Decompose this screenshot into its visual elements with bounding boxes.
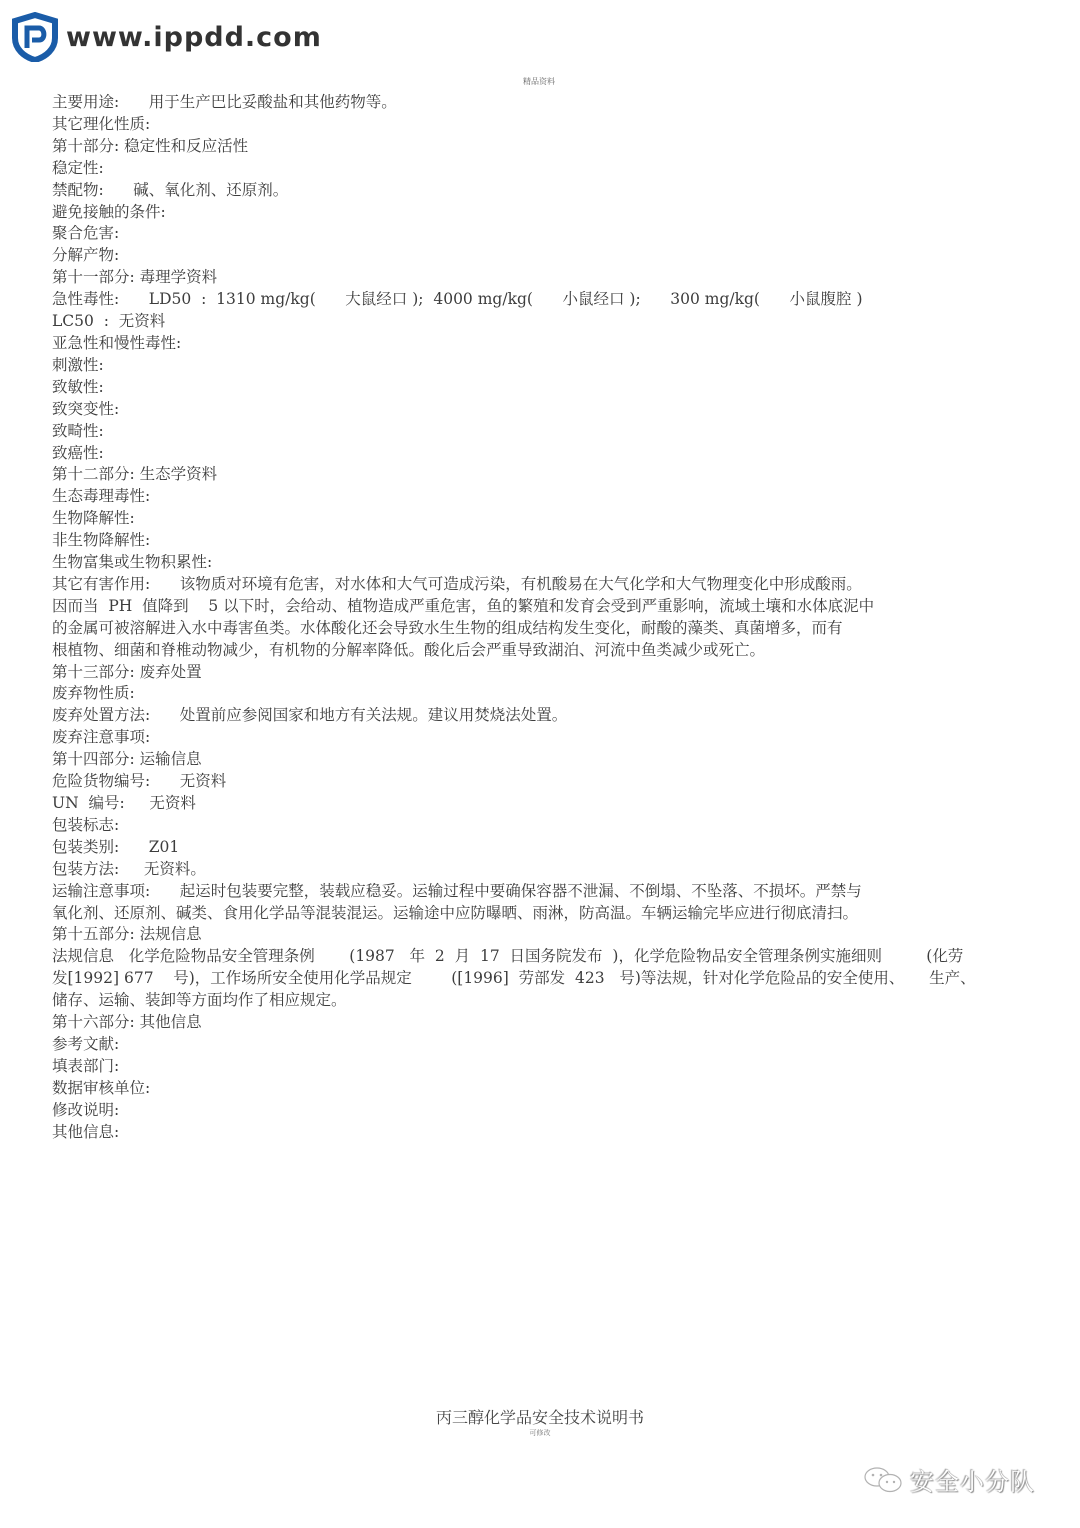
doc-line: 生物降解性: xyxy=(52,508,1042,530)
doc-line: 运输注意事项: 起运时包装要完整，装载应稳妥。运输过程中要确保容器不泄漏、不倒塌… xyxy=(52,881,1042,903)
section-heading: 第十四部分: 运输信息 xyxy=(52,749,1042,771)
section-heading: 第十一部分: 毒理学资料 xyxy=(52,267,1042,289)
doc-line: 致敏性: xyxy=(52,377,1042,399)
shield-p-icon xyxy=(10,12,60,62)
doc-line: 禁配物: 碱、氧化剂、还原剂。 xyxy=(52,180,1042,202)
section-heading: 第十三部分: 废弃处置 xyxy=(52,662,1042,684)
site-logo[interactable]: www.ippdd.com xyxy=(10,12,322,62)
document-subtitle: 可修改 xyxy=(0,1428,1080,1438)
doc-line: 其他信息: xyxy=(52,1122,1042,1144)
doc-line: 急性毒性: LD50 : 1310 mg/kg( 大鼠经口 ); 4000 mg… xyxy=(52,289,1042,311)
doc-line: 亚急性和慢性毒性: xyxy=(52,333,1042,355)
doc-line: 的金属可被溶解进入水中毒害鱼类。水体酸化还会导致水生生物的组成结构发生变化，耐酸… xyxy=(52,618,1042,640)
watermark: 安全小分队 xyxy=(862,1462,1035,1497)
doc-line: 刺激性: xyxy=(52,355,1042,377)
doc-line: 储存、运输、装卸等方面均作了相应规定。 xyxy=(52,990,1042,1012)
doc-line: 致突变性: xyxy=(52,399,1042,421)
document-title: 丙三醇化学品安全技术说明书 xyxy=(0,1405,1080,1428)
doc-line: 包装类别: Z01 xyxy=(52,837,1042,859)
doc-line: 氧化剂、还原剂、碱类、食用化学品等混装混运。运输途中应防曝晒、雨淋，防高温。车辆… xyxy=(52,903,1042,925)
doc-line: 包装标志: xyxy=(52,815,1042,837)
site-url: www.ippdd.com xyxy=(66,22,322,53)
doc-line: 根植物、细菌和脊椎动物减少，有机物的分解率降低。酸化后会严重导致湖泊、河流中鱼类… xyxy=(52,640,1042,662)
document-body: 主要用途: 用于生产巴比妥酸盐和其他药物等。 其它理化性质: 第十部分: 稳定性… xyxy=(52,92,1042,1144)
doc-line: 数据审核单位: xyxy=(52,1078,1042,1100)
doc-line: 致畸性: xyxy=(52,421,1042,443)
doc-line: 废弃处置方法: 处置前应参阅国家和地方有关法规。建议用焚烧法处置。 xyxy=(52,705,1042,727)
doc-line: 非生物降解性: xyxy=(52,530,1042,552)
doc-line: 致癌性: xyxy=(52,443,1042,465)
watermark-text: 安全小分队 xyxy=(910,1462,1035,1497)
section-heading: 第十五部分: 法规信息 xyxy=(52,924,1042,946)
doc-line: 法规信息 化学危险物品安全管理条例 (1987 年 2 月 17 日国务院发布 … xyxy=(52,946,1042,968)
doc-line: 聚合危害: xyxy=(52,223,1042,245)
doc-line: 参考文献: xyxy=(52,1034,1042,1056)
doc-line: 分解产物: xyxy=(52,245,1042,267)
section-heading: 第十六部分: 其他信息 xyxy=(52,1012,1042,1034)
doc-line: 修改说明: xyxy=(52,1100,1042,1122)
doc-line: 生物富集或生物积累性: xyxy=(52,552,1042,574)
doc-line: 填表部门: xyxy=(52,1056,1042,1078)
doc-line: 发[1992] 677 号)，工作场所安全使用化学品规定 ([1996] 劳部发… xyxy=(52,968,1042,990)
doc-line: 稳定性: xyxy=(52,158,1042,180)
doc-line: 包装方法: 无资料。 xyxy=(52,859,1042,881)
wechat-icon xyxy=(862,1465,906,1495)
header-note: 精品资料 xyxy=(523,76,555,87)
doc-line: 危险货物编号: 无资料 xyxy=(52,771,1042,793)
doc-line: 其它理化性质: xyxy=(52,114,1042,136)
doc-line: 其它有害作用: 该物质对环境有危害，对水体和大气可造成污染，有机酸易在大气化学和… xyxy=(52,574,1042,596)
section-heading: 第十二部分: 生态学资料 xyxy=(52,464,1042,486)
doc-line: 主要用途: 用于生产巴比妥酸盐和其他药物等。 xyxy=(52,92,1042,114)
doc-line: 因而当 PH 值降到 5 以下时，会给动、植物造成严重危害，鱼的繁殖和发育会受到… xyxy=(52,596,1042,618)
doc-line: 废弃注意事项: xyxy=(52,727,1042,749)
doc-line: 生态毒理毒性: xyxy=(52,486,1042,508)
doc-line: LC50 : 无资料 xyxy=(52,311,1042,333)
doc-line: UN 编号: 无资料 xyxy=(52,793,1042,815)
doc-line: 废弃物性质: xyxy=(52,683,1042,705)
section-heading: 第十部分: 稳定性和反应活性 xyxy=(52,136,1042,158)
doc-line: 避免接触的条件: xyxy=(52,202,1042,224)
